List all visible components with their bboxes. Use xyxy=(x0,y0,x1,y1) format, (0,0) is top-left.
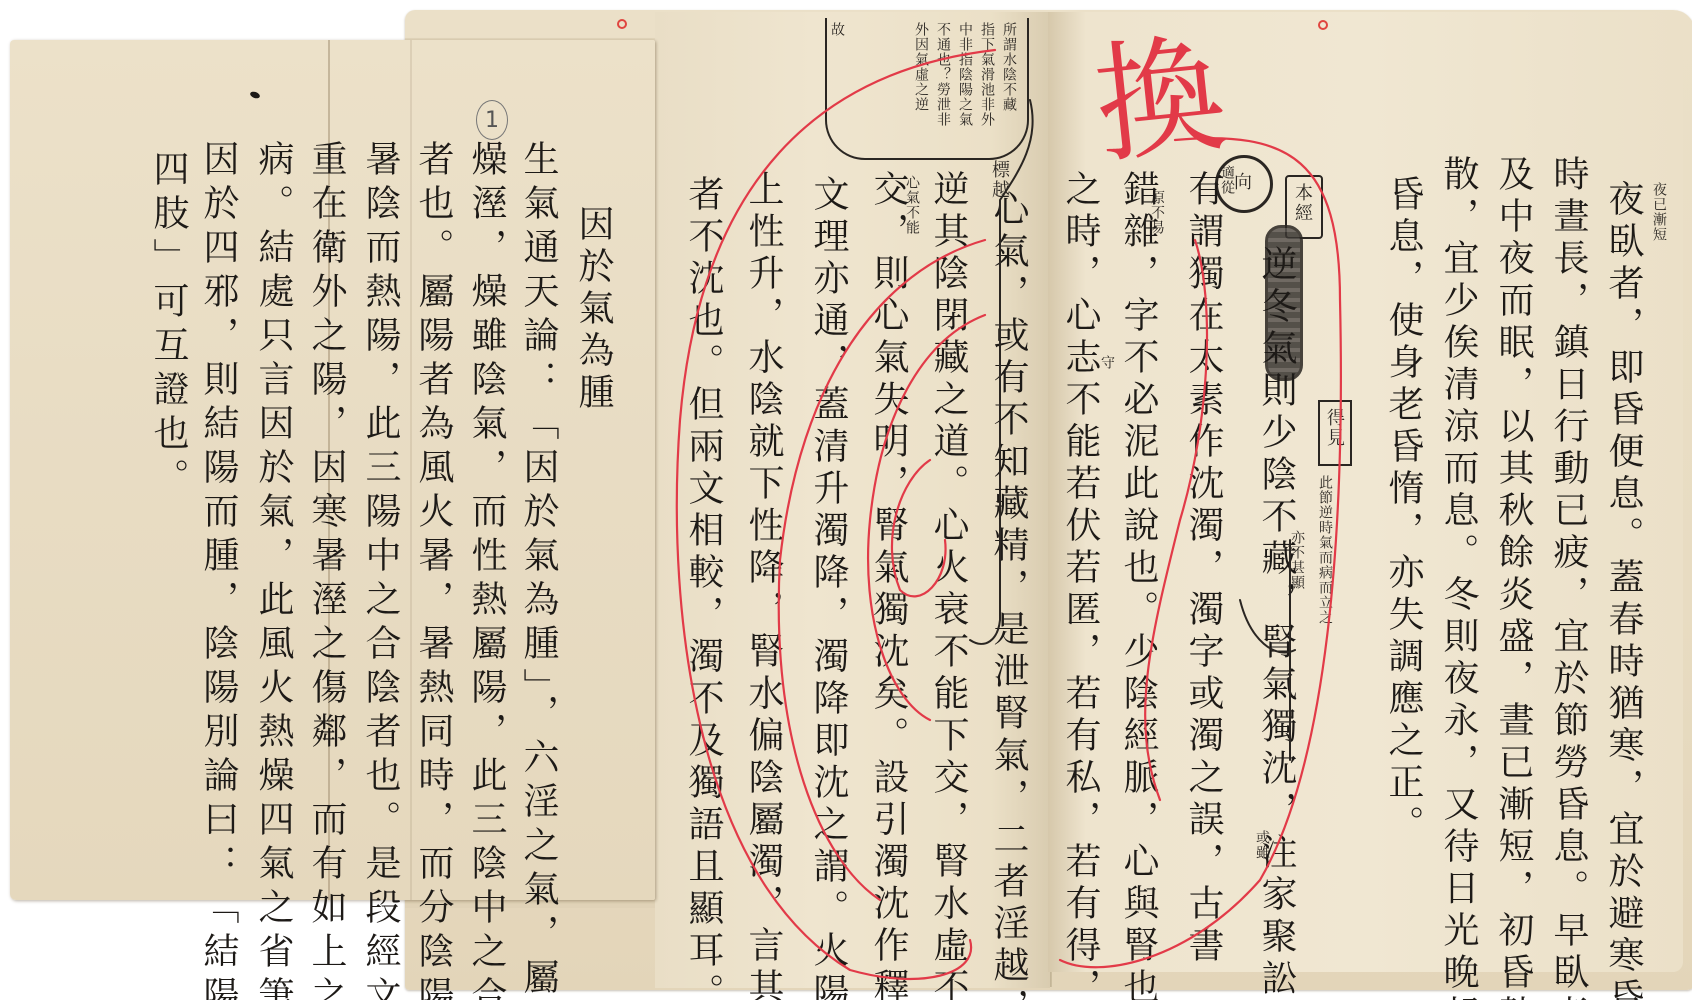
fold-line xyxy=(410,40,412,900)
text-column: 燥溼，燥雖陰氣，而性熱屬陽，此三陰中之合陽 xyxy=(468,140,504,890)
text-column: 及中夜而眠，以其秋餘炎盛，晝已漸短，初昏熱尚未 xyxy=(1495,155,1531,715)
red-dot-marker xyxy=(617,19,627,29)
page-number-circle: 1 xyxy=(476,100,508,140)
text-column: 有謂獨在太素作沈濁，濁字或濁之誤，古書 xyxy=(1185,170,1221,730)
inserted-note: 此節逆時氣而病而立之 xyxy=(1318,475,1332,625)
inserted-note: 或雖 xyxy=(1255,830,1269,860)
boxed-label-dejian: 得見 xyxy=(1318,400,1352,466)
text-column: 生氣通天論：「因於氣為腫」，六淫之氣，屬陰者為寒 xyxy=(520,140,556,890)
red-correction-mark: 換 xyxy=(1089,29,1232,172)
top-note-column: 中非指陰陽之氣 xyxy=(958,22,972,127)
top-note-column: 指下氣滑池非外 xyxy=(980,22,994,127)
text-column: 之時，心志不能若伏若匿，若有私，若有得，是 xyxy=(1062,170,1098,730)
top-note-column: 不通也？勞泄非 xyxy=(936,22,950,127)
text-column: 逆冬氣則少陰不藏，腎氣獨沈，注家聚訟 xyxy=(1258,245,1294,805)
text-column: 逆其陰閉藏之道。心火衰不能下交，腎水虛不能上 xyxy=(930,170,966,890)
top-note-column: 所謂水陰不藏 xyxy=(1002,22,1016,112)
text-column: 錯雜，字不必泥此說也。少陰經脈，心與腎也，當冬 xyxy=(1120,170,1156,730)
text-column: 時晝長，鎮日行動已疲，宜於節勞昏息。早臥者，不 xyxy=(1550,155,1586,715)
text-column: 暑陰而熱陽，此三陽中之合陰者也。是段經文， xyxy=(362,140,398,890)
top-note-column: 外因氣虛之逆 xyxy=(914,22,928,112)
text-column: 散，宜少俟清涼而息。冬則夜永，又待日光晚起，若於 xyxy=(1440,155,1476,715)
text-column: 昏息，使身老昏惰，亦失調應之正。 xyxy=(1385,175,1421,735)
margin-note: 夜已漸短 xyxy=(1652,182,1666,242)
top-note-column: 故 xyxy=(830,22,844,37)
text-column: 重在衛外之陽，因寒暑溼之傷鄰，而有如上之 xyxy=(308,140,344,890)
text-column: 者也。屬陽者為風火暑，暑熱同時，而分陰陽， xyxy=(415,140,451,890)
text-column: 上性升，水陰就下性降，腎水偏陰屬濁，言其濁 xyxy=(745,170,781,890)
text-column: 者不沈也。但兩文相較，濁不及獨語且顯耳。 xyxy=(685,175,721,895)
text-column: 文理亦通，蓋清升濁降，濁降即沈之謂。火陽炎 xyxy=(810,175,846,895)
text-column: 因於四邪，則結陽而腫，陰陽別論曰：「結陽者腫 xyxy=(200,140,236,890)
red-dot-marker xyxy=(1318,20,1328,30)
text-column: 四肢」可互證也。 xyxy=(150,150,186,550)
text-column: 病。結處只言因於氣，此風火熱燥四氣之省筆。 xyxy=(255,140,291,890)
text-column: 心氣，或有不知藏精，是泄腎氣，二者淫越，便 xyxy=(990,190,1026,910)
text-column: 交，則心氣失明，腎氣獨沈矣。設引濁沈作釋， xyxy=(870,170,906,890)
text-column: 夜臥者，即昏便息。蓋春時猶寒，宜於避寒昏息。夏 xyxy=(1605,180,1641,740)
slip-title: 因於氣為腫 xyxy=(575,205,611,505)
inserted-note: 守 xyxy=(1100,355,1114,370)
